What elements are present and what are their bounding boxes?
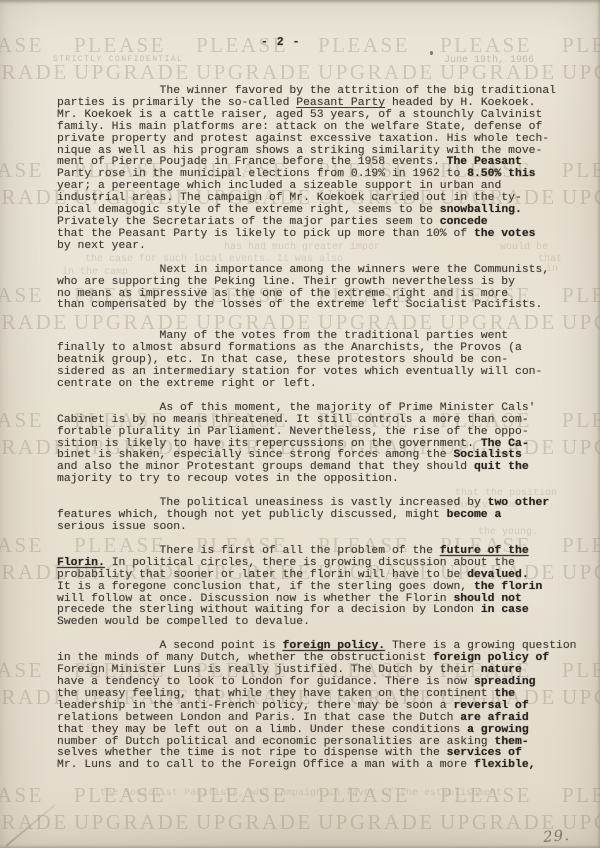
text-line: that the Peasant Party is likely to pick… xyxy=(57,229,577,241)
watermark-please: PLEASE xyxy=(562,783,600,808)
text-line: Next in importance among the winners wer… xyxy=(57,265,577,277)
page-edge-top xyxy=(0,0,600,4)
watermark-upgrade: UPGRADE xyxy=(440,810,557,835)
text-line: than compensated by the losses of the ex… xyxy=(57,300,577,312)
watermark-please: PLEASE xyxy=(562,33,600,58)
watermark-please: PLEASE xyxy=(0,658,44,683)
watermark-upgrade: UPGRADE xyxy=(318,810,435,835)
watermark-please: PLEASE xyxy=(0,408,44,433)
page-number-header: - 2 - xyxy=(261,36,301,49)
ink-speck xyxy=(430,51,433,55)
text-line: majority to try to recoup votes in the o… xyxy=(57,474,577,486)
watermark-upgrade: UPGRADE xyxy=(196,60,313,85)
text-line: Mr. Luns and to call to the Foreign Offi… xyxy=(57,760,577,772)
watermark-please: PLEASE xyxy=(0,158,44,183)
text-line: centrate on the extreme right or left. xyxy=(57,379,577,391)
text-line: Cabinet is by no means threatened. It st… xyxy=(57,415,577,427)
watermark-upgrade: UPGRADE xyxy=(318,60,435,85)
paragraph: Next in importance among the winners wer… xyxy=(57,265,577,313)
watermark-upgrade: UPGRADE xyxy=(74,810,191,835)
text-line: serious issue soon. xyxy=(57,522,577,534)
scanned-document-page: PLEASEPLEASEPLEASEPLEASEPLEASEPLEASEUPGR… xyxy=(0,0,600,848)
text-line: family. His main platforms are: attack o… xyxy=(57,122,577,134)
text-line: by next year. xyxy=(57,241,577,253)
paragraph: There is first of all the problem of the… xyxy=(57,546,577,629)
watermark-please: PLEASE xyxy=(0,783,44,808)
paragraph: A second point is foreign policy. There … xyxy=(57,641,577,772)
paragraph: The political uneasiness is vastly incre… xyxy=(57,498,577,534)
text-line: As of this moment, the majority of Prime… xyxy=(57,403,577,415)
watermark-please: PLEASE xyxy=(0,283,44,308)
ghost-text-fragment: the Socialist Pacifists, who campaign in… xyxy=(100,788,502,799)
ghost-confidential-stamp: STRICTLY CONFIDENTIAL xyxy=(53,55,183,64)
handwritten-page-number: 29. xyxy=(542,826,570,846)
ghost-date: June 19th, 1966 xyxy=(444,55,534,66)
paragraph: As of this moment, the majority of Prime… xyxy=(57,403,577,486)
watermark-please: PLEASE xyxy=(0,33,44,58)
watermark-upgrade: UPGRADE xyxy=(196,810,313,835)
watermark-upgrade: UPGRADE xyxy=(562,60,600,85)
text-line: who are supporting the Peking line. Thei… xyxy=(57,277,577,289)
text-line: private property and protest against exc… xyxy=(57,134,577,146)
watermark-please: PLEASE xyxy=(318,33,410,58)
paragraph: The winner favored by the attrition of t… xyxy=(57,86,577,253)
text-line: Sweden would be compelled to devalue. xyxy=(57,617,577,629)
paragraph: Many of the votes from the traditional p… xyxy=(57,331,577,391)
text-line: Mr. Koekoek is a cattle raiser, aged 53 … xyxy=(57,110,577,122)
watermark-please: PLEASE xyxy=(0,533,44,558)
typewritten-text-body: The winner favored by the attrition of t… xyxy=(57,86,577,784)
